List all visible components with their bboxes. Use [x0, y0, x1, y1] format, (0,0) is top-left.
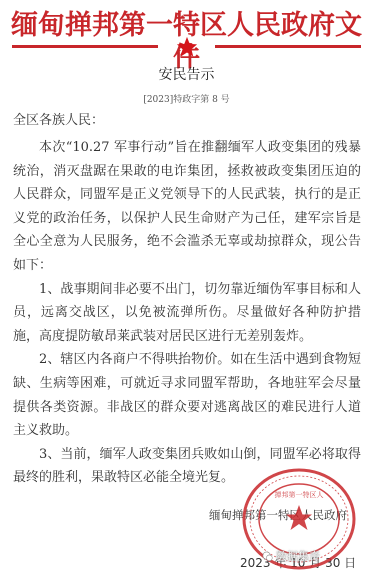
- document-body: 本次“10.27 军事行动”旨在推翻缅军人政变集团的残暴统治，消灭盘踞在果敢的电…: [13, 136, 361, 490]
- paragraph-item-2: 2、辖区内各商户不得哄抬物价。如在生活中遇到食物短缺、生病等困难，可就近寻求同盟…: [13, 348, 361, 442]
- paragraph-item-1: 1、战事期间非必要不出门，切勿靠近缅伪军事目标和人员，远离交战区，以免被流弹所伤…: [13, 278, 361, 349]
- salutation: 全区各族人民：: [13, 112, 104, 129]
- svg-text:掸邦第一特区人: 掸邦第一特区人: [275, 490, 324, 499]
- header-rule-left: [12, 45, 158, 48]
- wechat-icon: [262, 551, 273, 562]
- paragraph-intro: 本次“10.27 军事行动”旨在推翻缅军人政变集团的残暴统治，消灭盘踞在果敢的电…: [13, 136, 361, 278]
- header-rule-right: [215, 45, 361, 48]
- star-icon: [176, 36, 198, 58]
- doc-number: [2023]特政字第 8 号: [0, 94, 373, 106]
- watermark: 数据集奇: [262, 548, 320, 564]
- watermark-text: 数据集奇: [276, 548, 320, 564]
- notice-title: 安民告示: [0, 66, 373, 84]
